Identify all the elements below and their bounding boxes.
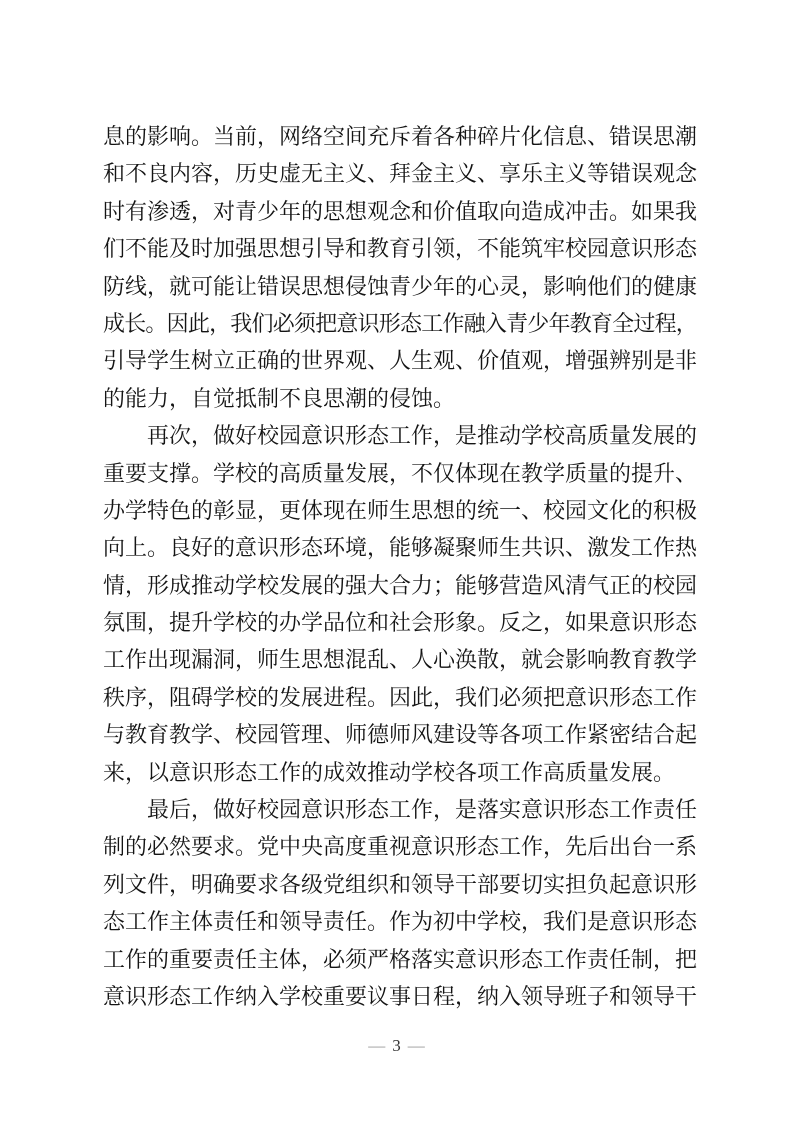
footer-right-dash: — xyxy=(401,1036,432,1055)
text-line: 防线，就可能让错误思想侵蚀青少年的心灵，影响他们的健康 xyxy=(103,268,697,305)
text-line: 重要支撑。学校的高质量发展，不仅体现在教学质量的提升、 xyxy=(103,455,697,492)
page-footer: —3— xyxy=(0,1032,793,1060)
text-line: 工作的重要责任主体，必须严格落实意识形态工作责任制，把 xyxy=(103,941,697,978)
text-line: 时有渗透，对青少年的思想观念和价值取向造成冲击。如果我 xyxy=(103,193,697,230)
text-line: 列文件，明确要求各级党组织和领导干部要切实担负起意识形 xyxy=(103,866,697,903)
text-line: 制的必然要求。党中央高度重视意识形态工作，先后出台一系 xyxy=(103,828,697,865)
text-line: 再次，做好校园意识形态工作，是推动学校高质量发展的 xyxy=(103,417,697,454)
document-page: 息的影响。当前，网络空间充斥着各种碎片化信息、错误思潮和不良内容，历史虚无主义、… xyxy=(0,0,793,1122)
footer-left-dash: — xyxy=(361,1036,392,1055)
text-line: 态工作主体责任和领导责任。作为初中学校，我们是意识形态 xyxy=(103,903,697,940)
text-line: 意识形态工作纳入学校重要议事日程，纳入领导班子和领导干 xyxy=(103,978,697,1015)
text-line: 成长。因此，我们必须把意识形态工作融入青少年教育全过程， xyxy=(103,305,697,342)
text-line: 引导学生树立正确的世界观、人生观、价值观，增强辨别是非 xyxy=(103,342,697,379)
text-line: 办学特色的彰显，更体现在师生思想的统一、校园文化的积极 xyxy=(103,492,697,529)
page-number: 3 xyxy=(392,1036,401,1055)
text-line: 息的影响。当前，网络空间充斥着各种碎片化信息、错误思潮 xyxy=(103,118,697,155)
text-line: 与教育教学、校园管理、师德师风建设等各项工作紧密结合起 xyxy=(103,716,697,753)
text-line: 氛围，提升学校的办学品位和社会形象。反之，如果意识形态 xyxy=(103,604,697,641)
text-line: 秩序，阻碍学校的发展进程。因此，我们必须把意识形态工作 xyxy=(103,679,697,716)
text-line: 情，形成推动学校发展的强大合力；能够营造风清气正的校园 xyxy=(103,567,697,604)
text-block: 息的影响。当前，网络空间充斥着各种碎片化信息、错误思潮和不良内容，历史虚无主义、… xyxy=(103,118,697,1015)
text-line: 向上。良好的意识形态环境，能够凝聚师生共识、激发工作热 xyxy=(103,529,697,566)
text-line: 的能力，自觉抵制不良思潮的侵蚀。 xyxy=(103,380,697,417)
text-line: 来，以意识形态工作的成效推动学校各项工作高质量发展。 xyxy=(103,754,697,791)
text-line: 最后，做好校园意识形态工作，是落实意识形态工作责任 xyxy=(103,791,697,828)
text-line: 工作出现漏洞，师生思想混乱、人心涣散，就会影响教育教学 xyxy=(103,641,697,678)
text-line: 和不良内容，历史虚无主义、拜金主义、享乐主义等错误观念 xyxy=(103,155,697,192)
text-line: 们不能及时加强思想引导和教育引领，不能筑牢校园意识形态 xyxy=(103,230,697,267)
